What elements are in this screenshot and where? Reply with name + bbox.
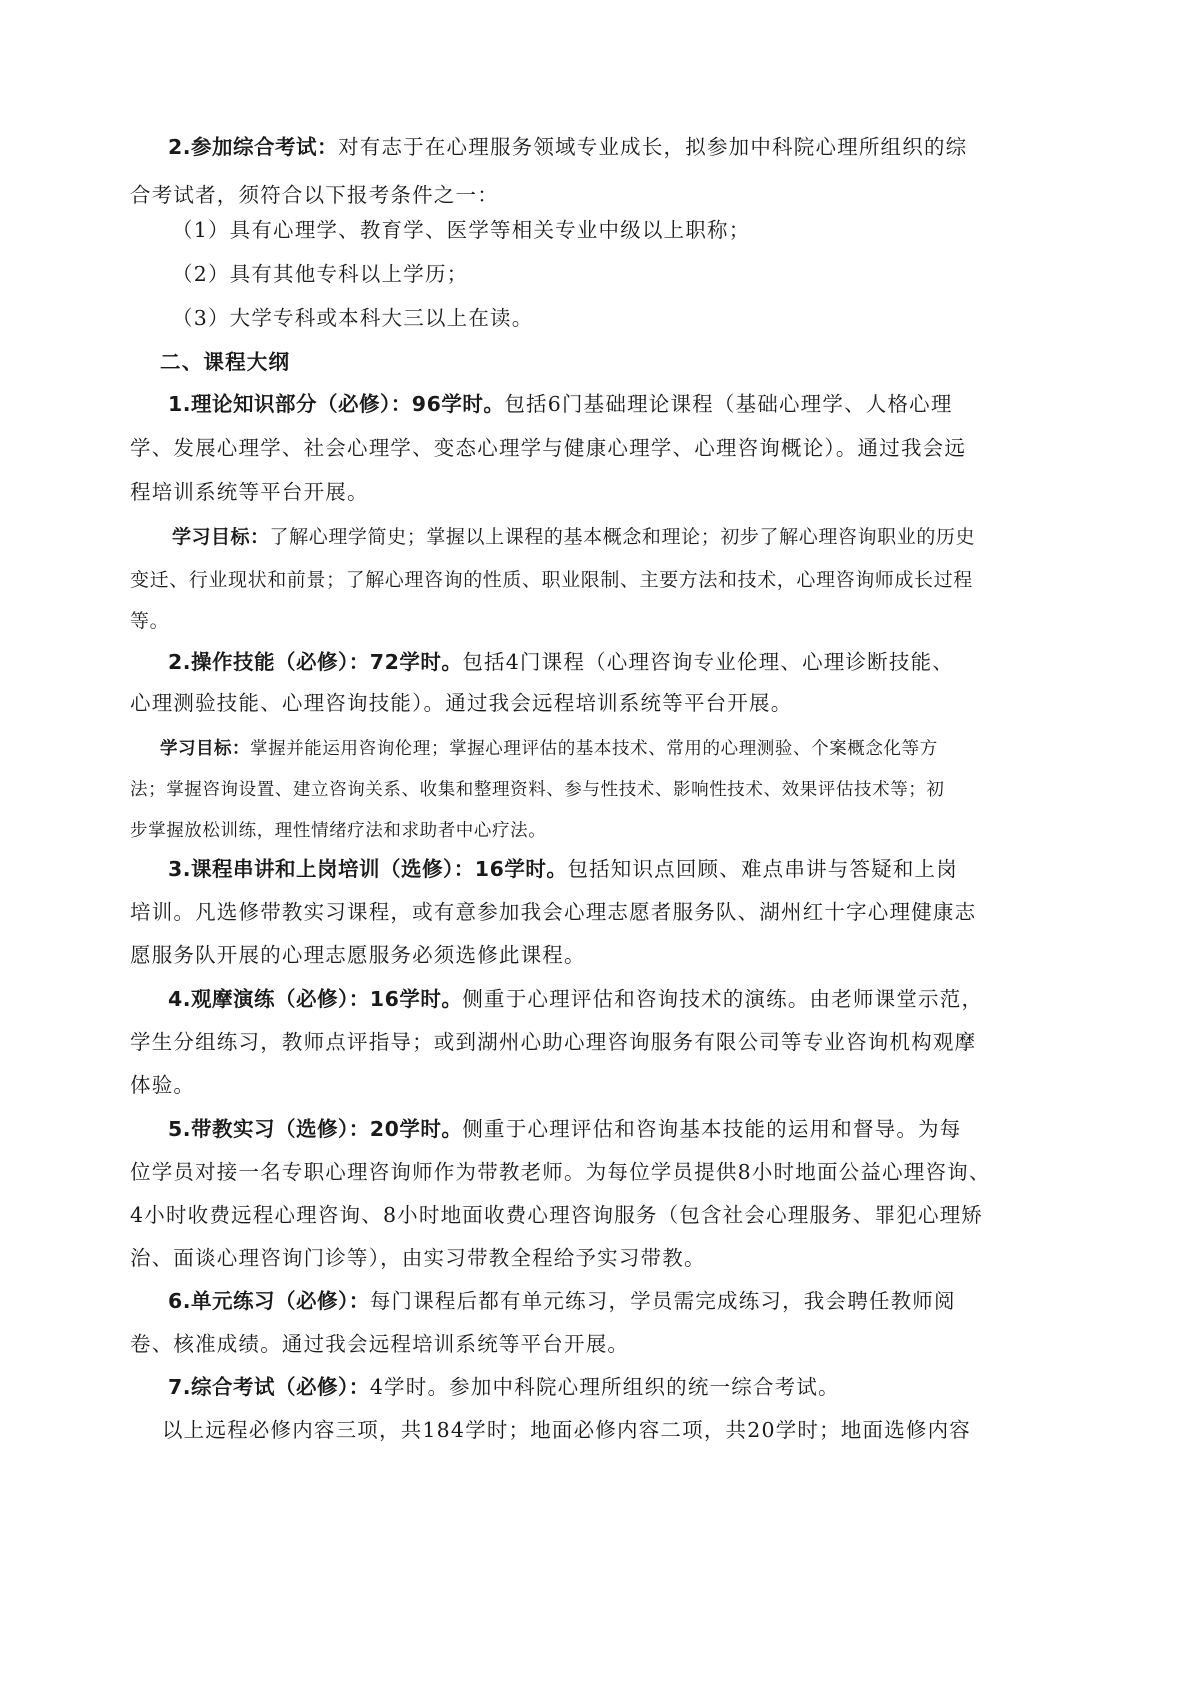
course-4-line-1: 4.观摩演练（必修）：16学时。侧重于心理评估和咨询技术的演练。由老师课堂示范，: [168, 986, 1113, 1012]
course-7-line-1: 7.综合考试（必修）：4学时。参加中科院心理所组织的统一综合考试。: [168, 1374, 1113, 1400]
course-4-line-3: 体验。: [130, 1072, 1075, 1098]
course-7-title: 7.综合考试（必修）：: [168, 1375, 370, 1399]
course-3-text: 包括知识点回顾、难点串讲与答疑和上岗: [567, 857, 958, 881]
exam-section-text: 对有志于在心理服务领域专业成长，拟参加中科院心理所组织的综: [338, 135, 967, 159]
course-3-title: 3.课程串讲和上岗培训（选修）：16学时。: [168, 857, 567, 881]
exam-section-lead: 2.参加综合考试：: [168, 135, 338, 159]
exam-section-line-2: 合考试者，须符合以下报考条件之一：: [130, 182, 1075, 208]
course-1-line-2: 学、发展心理学、社会心理学、变态心理学与健康心理学、心理咨询概论）。通过我会远: [130, 435, 1075, 461]
course-1-title: 1.理论知识部分（必修）：96学时。: [168, 392, 504, 416]
summary-line: 以上远程必修内容三项，共184学时；地面必修内容二项，共20学时；地面选修内容: [162, 1417, 1107, 1443]
course-6-text: 每门课程后都有单元练习，学员需完成练习，我会聘任教师阅: [370, 1289, 956, 1313]
course-2-goal-label: 学习目标：: [160, 739, 250, 759]
course-4-title: 4.观摩演练（必修）：16学时。: [168, 987, 462, 1011]
course-2-goal-text: 掌握并能运用咨询伦理；掌握心理评估的基本技术、常用的心理测验、个案概念化等方: [250, 739, 938, 759]
course-4-line-2: 学生分组练习，教师点评指导；或到湖州心助心理咨询服务有限公司等专业咨询机构观摩: [130, 1029, 1075, 1055]
course-2-text: 包括4门课程（心理咨询专业伦理、心理诊断技能、: [462, 650, 954, 674]
course-5-title: 5.带教实习（选修）：20学时。: [168, 1117, 462, 1141]
course-6-line-2: 卷、核准成绩。通过我会远程培训系统等平台开展。: [130, 1331, 1075, 1357]
course-2-goal-line-1: 学习目标：掌握并能运用咨询伦理；掌握心理评估的基本技术、常用的心理测验、个案概念…: [160, 736, 1105, 762]
course-1-goal-line-1: 学习目标：了解心理学简史；掌握以上课程的基本概念和理论；初步了解心理咨询职业的历…: [172, 524, 1117, 550]
course-2-title: 2.操作技能（必修）：72学时。: [168, 650, 462, 674]
course-1-goal-line-2: 变迁、行业现状和前景；了解心理咨询的性质、职业限制、主要方法和技术，心理咨询师成…: [130, 567, 1075, 593]
course-3-line-1: 3.课程串讲和上岗培训（选修）：16学时。包括知识点回顾、难点串讲与答疑和上岗: [168, 856, 1113, 882]
course-6-line-1: 6.单元练习（必修）：每门课程后都有单元练习，学员需完成练习，我会聘任教师阅: [168, 1288, 1113, 1314]
course-5-line-4: 治、面谈心理咨询门诊等），由实习带教全程给予实习带教。: [130, 1245, 1075, 1271]
document-page: 2.参加综合考试：对有志于在心理服务领域专业成长，拟参加中科院心理所组织的综 合…: [0, 0, 1199, 1696]
course-1-text: 包括6门基础理论课程（基础心理学、人格心理: [504, 392, 952, 416]
course-6-title: 6.单元练习（必修）：: [168, 1289, 370, 1313]
course-1-line-1: 1.理论知识部分（必修）：96学时。包括6门基础理论课程（基础心理学、人格心理: [168, 391, 1113, 417]
course-2-line-2: 心理测验技能、心理咨询技能）。通过我会远程培训系统等平台开展。: [130, 690, 1075, 716]
course-3-line-2: 培训。凡选修带教实习课程，或有意参加我会心理志愿者服务队、湖州红十字心理健康志: [130, 899, 1075, 925]
course-7-text: 4学时。参加中科院心理所组织的统一综合考试。: [370, 1375, 840, 1399]
exam-section-line-1: 2.参加综合考试：对有志于在心理服务领域专业成长，拟参加中科院心理所组织的综: [168, 134, 1113, 160]
course-3-line-3: 愿服务队开展的心理志愿服务必须选修此课程。: [130, 942, 1075, 968]
course-2-line-1: 2.操作技能（必修）：72学时。包括4门课程（心理咨询专业伦理、心理诊断技能、: [168, 649, 1113, 675]
course-1-goal-label: 学习目标：: [172, 526, 270, 548]
section-heading: 二、课程大纲: [160, 349, 1105, 375]
condition-3: （3）大学专科或本科大三以上在读。: [172, 305, 1117, 331]
course-4-text: 侧重于心理评估和咨询技术的演练。由老师课堂示范，: [462, 987, 983, 1011]
condition-1: （1）具有心理学、教育学、医学等相关专业中级以上职称；: [172, 217, 1117, 243]
course-1-line-3: 程培训系统等平台开展。: [130, 479, 1075, 505]
condition-2: （2）具有其他专科以上学历；: [172, 261, 1117, 287]
course-5-line-2: 位学员对接一名专职心理咨询师作为带教老师。为每位学员提供8小时地面公益心理咨询、: [130, 1159, 1075, 1185]
course-2-goal-line-2: 法；掌握咨询设置、建立咨询关系、收集和整理资料、参与性技术、影响性技术、效果评估…: [130, 777, 1075, 803]
course-1-goal-text: 了解心理学简史；掌握以上课程的基本概念和理论；初步了解心理咨询职业的历史: [270, 526, 976, 548]
course-1-goal-line-3: 等。: [130, 608, 1075, 634]
course-5-line-1: 5.带教实习（选修）：20学时。侧重于心理评估和咨询基本技能的运用和督导。为每: [168, 1116, 1113, 1142]
course-5-text: 侧重于心理评估和咨询基本技能的运用和督导。为每: [462, 1117, 961, 1141]
course-2-goal-line-3: 步掌握放松训练，理性情绪疗法和求助者中心疗法。: [130, 818, 1075, 844]
course-5-line-3: 4小时收费远程心理咨询、8小时地面收费心理咨询服务（包含社会心理服务、罪犯心理矫: [130, 1202, 1075, 1228]
